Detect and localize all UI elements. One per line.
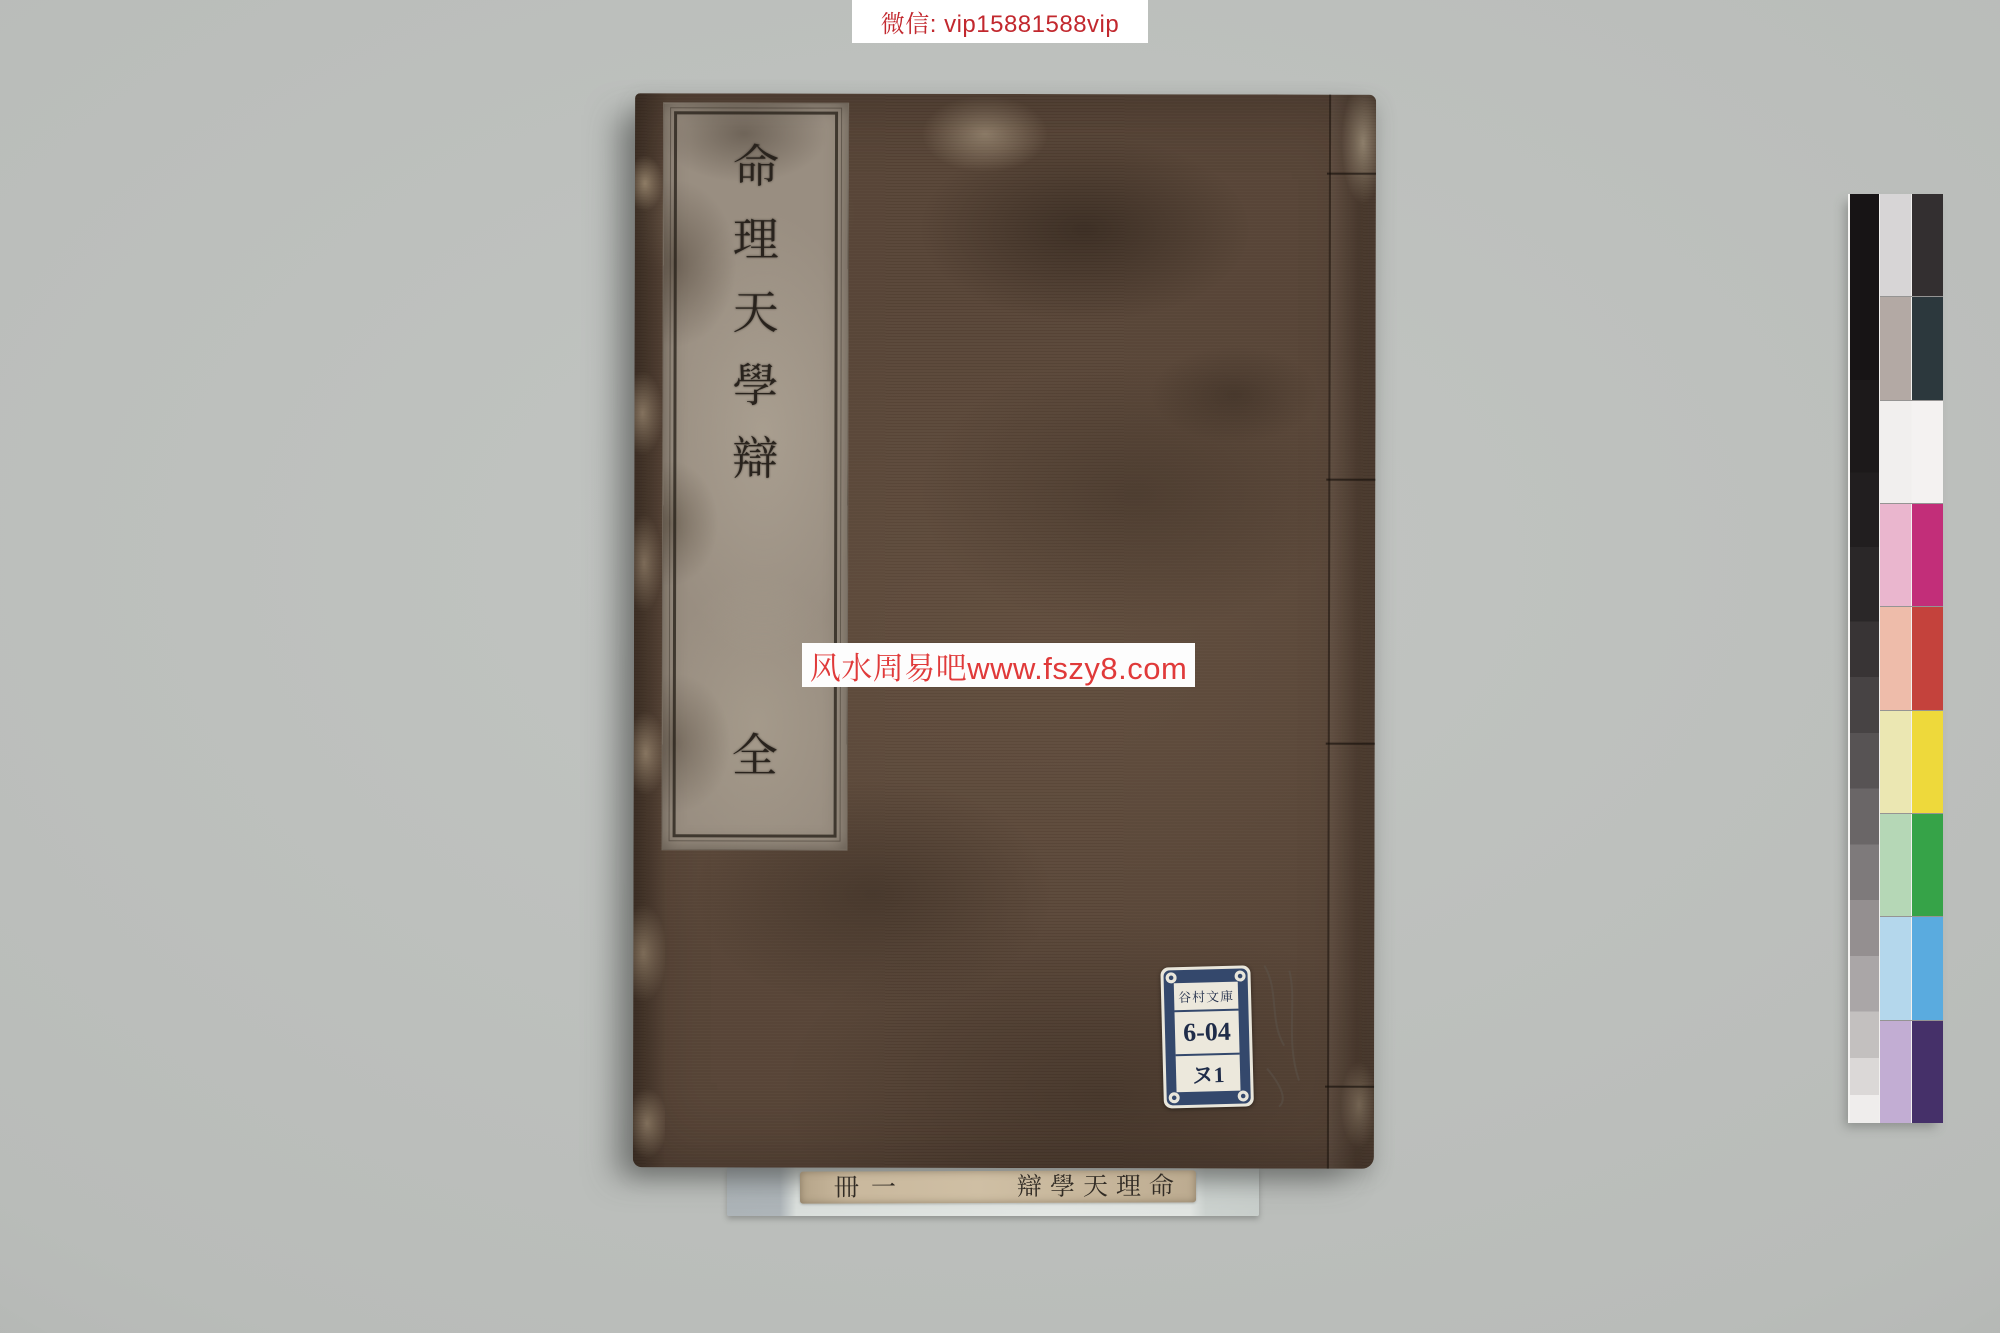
color-patches	[1879, 194, 1943, 1123]
title-character: 理	[733, 217, 779, 263]
volume-character: 全	[732, 733, 778, 779]
color-patch-row	[1880, 606, 1943, 709]
title-slip-frame: 命 理 天 學 辯 全	[673, 111, 839, 837]
color-patch-row	[1880, 916, 1943, 1019]
grommet-icon	[1165, 972, 1176, 983]
color-patch-solid	[1912, 711, 1943, 813]
book-cover: 命 理 天 學 辯 全 谷村文庫 6-04 ヌ1	[633, 93, 1376, 1169]
color-patch-tint	[1880, 297, 1911, 399]
color-patch-row	[1880, 194, 1943, 296]
binding-margin	[1329, 95, 1376, 1169]
library-label-volume: ヌ1	[1176, 1055, 1241, 1093]
color-patch-solid	[1912, 297, 1943, 399]
color-patch-row	[1880, 813, 1943, 916]
color-patch-row	[1880, 296, 1943, 399]
watermark-banner-middle: 风水周易吧www.fszy8.com	[802, 643, 1195, 687]
fore-edge-title-strip: 冊一 辯學天理命	[800, 1170, 1196, 1203]
stitch-thread	[1325, 1086, 1374, 1088]
color-patch-tint	[1880, 607, 1911, 709]
stitch-thread	[1326, 479, 1375, 481]
grayscale-wedge	[1850, 194, 1879, 1123]
color-patch-row	[1880, 503, 1943, 606]
pencil-scribble	[1249, 951, 1319, 1111]
color-patch-row	[1880, 400, 1943, 503]
watermark-banner-top: 微信: vip15881588vip	[852, 0, 1148, 43]
color-patch-tint	[1880, 504, 1911, 606]
color-patch-tint	[1880, 917, 1911, 1019]
title-character: 命	[733, 144, 779, 190]
color-patch-tint	[1880, 711, 1911, 813]
title-character: 天	[733, 290, 779, 336]
library-label-collection: 谷村文庫	[1174, 982, 1239, 1013]
library-label-callnumber: 6-04	[1175, 1011, 1240, 1057]
photo-backdrop: 微信: vip15881588vip 命 理 天 學 辯 全	[0, 0, 2000, 1333]
fore-edge-title-text: 辯學天理命	[1017, 1174, 1182, 1200]
title-character: 辯	[732, 436, 778, 482]
color-patch-row	[1880, 1020, 1943, 1123]
color-patch-tint	[1880, 401, 1911, 503]
library-label: 谷村文庫 6-04 ヌ1	[1160, 965, 1254, 1108]
color-patch-solid	[1912, 917, 1943, 1019]
grommet-icon	[1169, 1092, 1180, 1103]
color-patch-row	[1880, 710, 1943, 813]
stitch-thread	[1327, 173, 1376, 175]
stitch-thread	[1326, 743, 1375, 745]
color-patch-solid	[1912, 607, 1943, 709]
color-patch-tint	[1880, 194, 1911, 296]
watermark-text-top: 微信: vip15881588vip	[881, 4, 1119, 39]
library-label-border: 谷村文庫 6-04 ヌ1	[1163, 968, 1250, 1105]
color-patch-solid	[1912, 814, 1943, 916]
color-patch-solid	[1912, 1021, 1943, 1123]
color-patch-tint	[1880, 1021, 1911, 1123]
fore-edge-volume-text: 冊一	[834, 1175, 908, 1200]
color-patch-solid	[1912, 194, 1943, 296]
title-slip: 命 理 天 學 辯 全	[662, 102, 850, 850]
grommet-icon	[1238, 1090, 1249, 1101]
color-patch-solid	[1912, 401, 1943, 503]
library-label-panel: 谷村文庫 6-04 ヌ1	[1174, 982, 1241, 1093]
color-patch-solid	[1912, 504, 1943, 606]
color-calibration-bar	[1848, 194, 1943, 1123]
watermark-text-middle: 风水周易吧www.fszy8.com	[810, 643, 1188, 688]
color-patch-tint	[1880, 814, 1911, 916]
grommet-icon	[1234, 970, 1245, 981]
title-slip-text: 命 理 天 學 辯 全	[676, 114, 836, 834]
title-character: 學	[732, 363, 778, 409]
